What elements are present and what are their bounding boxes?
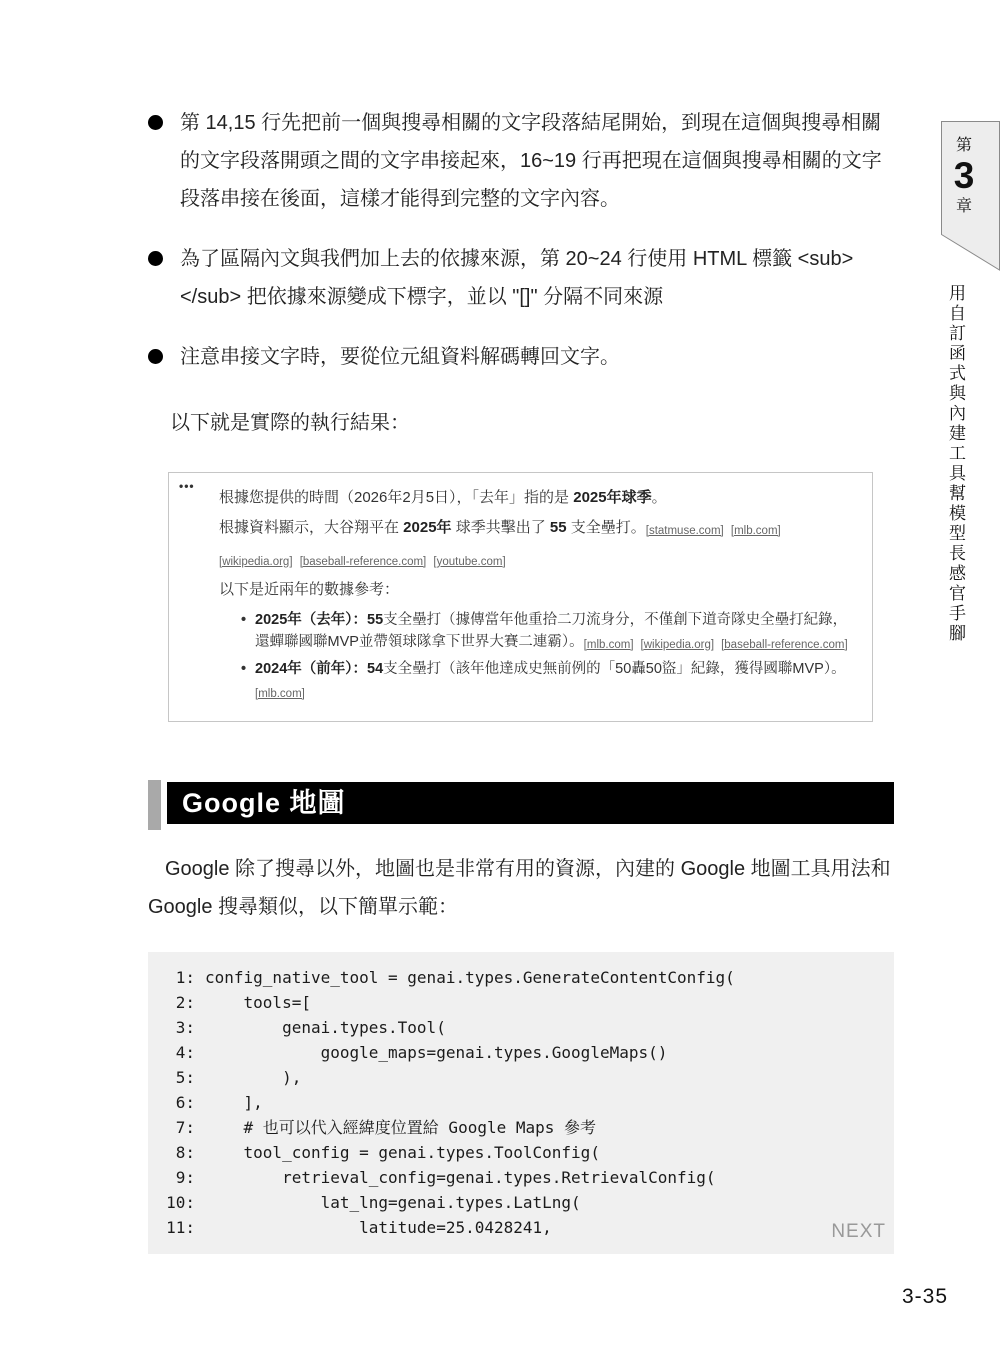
text-run: 支全壘打。: [567, 519, 646, 536]
chapter-suffix: 章: [946, 196, 982, 218]
code-line: 7: # 也可以代入經緯度位置給 Google Maps 參考: [148, 1115, 884, 1140]
section-header: Google 地圖: [148, 782, 894, 824]
line-number: 5:: [148, 1065, 195, 1090]
code-line: 5: ),: [148, 1065, 884, 1090]
code-text: ),: [205, 1068, 301, 1087]
bold-run: 2024年（前年）：54: [255, 661, 383, 677]
code-line: 6: ],: [148, 1090, 884, 1115]
list-item: • 2024年（前年）：54支全壘打（該年他達成史無前例的「50轟50盜」紀錄，…: [241, 658, 856, 703]
book-page: 第 14,15 行先把前一個與搜尋相關的文字段落結尾開始，到現在這個與搜尋相關的…: [0, 0, 1000, 1353]
code-text: # 也可以代入經緯度位置給 Google Maps 參考: [205, 1118, 596, 1137]
source-link[interactable]: [baseball-reference.com]: [721, 639, 848, 651]
source-link[interactable]: [mlb.com]: [584, 639, 634, 651]
code-text: ],: [205, 1093, 263, 1112]
line-number: 4:: [148, 1040, 195, 1065]
code-line: 11: latitude=25.0428241,: [148, 1215, 884, 1240]
source-link[interactable]: [statmuse.com]: [646, 525, 724, 537]
list-item: 注意串接文字時，要從位元組資料解碼轉回文字。: [148, 338, 894, 376]
result-sublist: • 2025年（去年）：55支全壘打（據傳當年他重拾二刀流身分，不僅創下道奇隊史…: [241, 609, 856, 703]
list-item: 為了區隔內文與我們加上去的依據來源，第 20~24 行使用 HTML 標籤 <s…: [148, 240, 894, 316]
bullet-text: 注意串接文字時，要從位元組資料解碼轉回文字。: [180, 338, 620, 376]
result-line-1: 根據您提供的時間（2026年2月5日），「去年」指的是 2025年球季。: [219, 483, 856, 513]
result-line-2: 根據資料顯示，大谷翔平在 2025年 球季共擊出了 55 支全壘打。[statm…: [219, 513, 856, 575]
code-text: google_maps=genai.types.GoogleMaps(): [205, 1043, 667, 1062]
chapter-title-vertical: 用自訂函式與內建工具幫模型長感官手腳: [944, 284, 966, 644]
code-text: tools=[: [205, 993, 311, 1012]
code-text: genai.types.Tool(: [205, 1018, 446, 1037]
bold-run: 55: [550, 519, 567, 536]
text-run: 球季共擊出了: [452, 519, 550, 536]
page-number: 3-35: [902, 1285, 948, 1309]
code-text: latitude=25.0428241,: [205, 1218, 552, 1237]
bullet-text: 為了區隔內文與我們加上去的依據來源，第 20~24 行使用 HTML 標籤 <s…: [180, 240, 894, 316]
code-text: tool_config = genai.types.ToolConfig(: [205, 1143, 600, 1162]
source-link[interactable]: [mlb.com]: [731, 525, 781, 537]
line-number: 10:: [148, 1190, 195, 1215]
source-link[interactable]: [baseball-reference.com]: [300, 556, 427, 568]
intro-line: 以下就是實際的執行結果：: [148, 404, 894, 442]
section-accent-bar: [148, 780, 161, 830]
line-number: 7:: [148, 1115, 195, 1140]
chapter-tab: 第 3 章: [946, 136, 982, 218]
result-item-text: 2024年（前年）：54支全壘打（該年他達成史無前例的「50轟50盜」紀錄，獲得…: [255, 658, 856, 703]
bullet-icon: [148, 349, 163, 364]
code-text: lat_lng=genai.types.LatLng(: [205, 1193, 581, 1212]
source-link[interactable]: [wikipedia.org]: [641, 639, 715, 651]
ellipsis-icon: •••: [179, 479, 195, 493]
main-column: 第 14,15 行先把前一個與搜尋相關的文字段落結尾開始，到現在這個與搜尋相關的…: [148, 104, 894, 1254]
line-number: 3:: [148, 1015, 195, 1040]
source-link[interactable]: [mlb.com]: [255, 688, 305, 700]
bullet-icon: [148, 115, 163, 130]
bold-run: 2025年（去年）：55: [255, 612, 383, 628]
code-line: 3: genai.types.Tool(: [148, 1015, 884, 1040]
result-box: ••• 根據您提供的時間（2026年2月5日），「去年」指的是 2025年球季。…: [168, 472, 873, 722]
section-title: Google 地圖: [167, 782, 894, 824]
line-number: 1:: [148, 965, 195, 990]
line-number: 2:: [148, 990, 195, 1015]
bullet-icon: [148, 251, 163, 266]
code-line: 1:config_native_tool = genai.types.Gener…: [148, 965, 884, 990]
bullet-text: 第 14,15 行先把前一個與搜尋相關的文字段落結尾開始，到現在這個與搜尋相關的…: [180, 104, 894, 218]
chapter-number: 3: [946, 156, 982, 196]
line-number: 9:: [148, 1165, 195, 1190]
code-text: retrieval_config=genai.types.RetrievalCo…: [205, 1168, 716, 1187]
text-run: 根據您提供的時間（2026年2月5日），「去年」指的是: [219, 489, 573, 506]
result-item-text: 2025年（去年）：55支全壘打（據傳當年他重拾二刀流身分，不僅創下道奇隊史全壘…: [255, 609, 856, 654]
line-number: 8:: [148, 1140, 195, 1165]
code-line: 9: retrieval_config=genai.types.Retrieva…: [148, 1165, 884, 1190]
chapter-prefix: 第: [946, 136, 982, 156]
list-item: • 2025年（去年）：55支全壘打（據傳當年他重拾二刀流身分，不僅創下道奇隊史…: [241, 609, 856, 654]
result-line-3: 以下是近兩年的數據參考：: [219, 575, 856, 605]
source-link[interactable]: [youtube.com]: [433, 556, 505, 568]
bullet-icon: •: [241, 609, 255, 654]
code-block: 1:config_native_tool = genai.types.Gener…: [148, 952, 894, 1254]
line-number: 11:: [148, 1215, 195, 1240]
list-item: 第 14,15 行先把前一個與搜尋相關的文字段落結尾開始，到現在這個與搜尋相關的…: [148, 104, 894, 218]
code-line: 4: google_maps=genai.types.GoogleMaps(): [148, 1040, 884, 1065]
bold-run: 2025年球季: [573, 489, 651, 506]
source-link[interactable]: [wikipedia.org]: [219, 556, 293, 568]
code-line: 8: tool_config = genai.types.ToolConfig(: [148, 1140, 884, 1165]
text-run: 根據資料顯示，大谷翔平在: [219, 519, 403, 536]
bullet-icon: •: [241, 658, 255, 703]
body-paragraph: Google 除了搜尋以外，地圖也是非常有用的資源，內建的 Google 地圖工…: [148, 850, 894, 926]
text-run: 支全壘打（該年他達成史無前例的「50轟50盜」紀錄，獲得國聯MVP）。: [383, 661, 845, 677]
code-text: config_native_tool = genai.types.Generat…: [205, 968, 735, 987]
text-run: 。: [652, 489, 667, 506]
bullet-list: 第 14,15 行先把前一個與搜尋相關的文字段落結尾開始，到現在這個與搜尋相關的…: [148, 104, 894, 376]
code-line: 2: tools=[: [148, 990, 884, 1015]
next-page-indicator: NEXT: [831, 1219, 886, 1244]
bold-run: 2025年: [403, 519, 451, 536]
line-number: 6:: [148, 1090, 195, 1115]
code-line: 10: lat_lng=genai.types.LatLng(: [148, 1190, 884, 1215]
